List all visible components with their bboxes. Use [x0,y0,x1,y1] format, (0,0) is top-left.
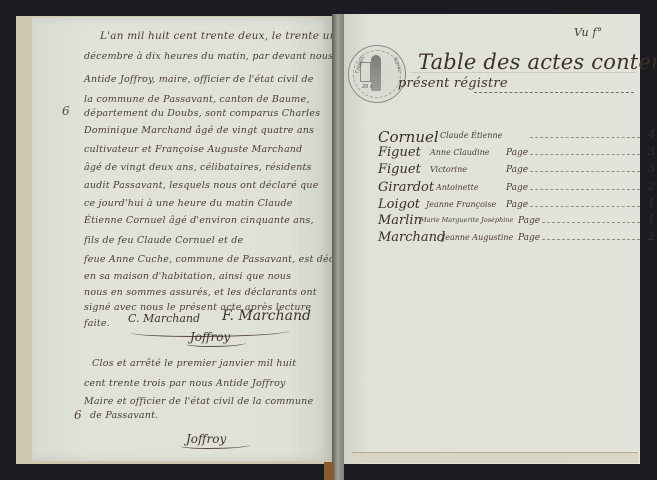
index-entry: Figuet Victorine Page 3 [378,162,638,180]
act-line: la commune de Passavant, canton de Baume… [84,94,310,105]
leader-dots [542,239,640,240]
leader-dots [542,222,640,223]
index-entry: Cornuel Claude Étienne 4 [378,128,638,146]
entry-page-label: Page [518,233,540,243]
entry-page-number: 4 [648,128,655,141]
entry-given-name: Anne Claudine [430,148,490,157]
act-line: audit Passavant, lesquels nous ont décla… [84,180,319,191]
index-entry: Figuet Anne Claudine Page 3 [378,145,638,163]
margin-mark: 6 [74,408,82,422]
act-line: cultivateur et Françoise Auguste Marchan… [84,144,302,155]
closing-line: Clos et arrêté le premier janvier mil hu… [92,358,296,369]
entry-surname: Figuet [378,145,421,160]
table-subtitle: présent régistre [398,76,508,91]
entry-page-number: 1 [648,197,655,210]
stamp-value: 20 c [362,84,373,90]
signature-declarant-1: C. Marchand [128,312,200,325]
index-entry: Marlin Marie Marguerite Joséphine Page 1 [378,213,638,231]
entry-page-number: 2 [648,230,655,243]
entry-given-name: Antoinette [436,183,479,192]
act-line: nous en sommes assurés, et les déclarant… [84,287,317,298]
act-line: Dominique Marchand âgé de vingt quatre a… [84,125,314,136]
act-line: décembre à dix heures du matin, par deva… [84,51,333,62]
margin-mark: 6 [62,104,70,118]
page-edge [352,452,638,463]
entry-page-number: 3 [648,162,655,175]
act-line: Antide Joffroy, maire, officier de l'éta… [84,74,314,85]
leader-dots [530,154,640,155]
act-line: fils de feu Claude Cornuel et de [84,235,243,246]
index-entry: Girardot Antoinette Page 2 [378,180,638,198]
act-line: ce jourd'hui à une heure du matin Claude [84,198,293,209]
entry-surname: Loigot [378,197,420,212]
folio-note: Vu f° [574,26,602,39]
leader-dots [530,189,640,190]
entry-page-label: Page [506,148,528,158]
table-title: Table des actes contenus au [418,50,657,74]
entry-page-label: Page [506,183,528,193]
entry-page-label: Page [518,216,540,226]
act-line: département du Doubs, sont comparus Char… [84,108,320,119]
entry-page-label: Page [506,200,528,210]
book-gutter [332,14,344,480]
entry-surname: Cornuel [378,128,439,146]
closing-line: de Passavant. [90,410,158,421]
entry-surname: Marlin [378,213,422,228]
leader-dots [530,171,640,172]
entry-given-name: Marie Marguerite Joséphine [420,216,513,224]
entry-page-number: 1 [648,213,655,226]
title-rule [410,72,636,73]
entry-surname: Girardot [378,180,434,195]
signature-declarant-2: F. Marchand [222,308,311,324]
index-entry: Marchand Jeanne Augustine Page 2 [378,230,638,248]
act-line: faite. [84,318,110,329]
entry-given-name: Jeanne Françoise [426,200,496,209]
entry-page-number: 3 [648,145,655,158]
entry-given-name: Jeanne Augustine [442,233,513,242]
binding-tie [324,462,334,480]
leader-dots [530,137,640,138]
subtitle-rule [474,92,634,93]
royal-stamp: TIMBRE ROYAL 20 c [348,45,406,103]
closing-line: cent trente trois par nous Antide Joffro… [84,378,286,389]
closing-line: Maire et officier de l'état civil de la … [84,396,313,407]
entry-page-number: 2 [648,180,655,193]
act-line: en sa maison d'habitation, ainsi que nou… [84,271,291,282]
act-line: feue Anne Cuche, commune de Passavant, e… [84,254,352,265]
leader-dots [530,206,640,207]
act-line: âgé de vingt deux ans, célibataires, rés… [84,162,312,173]
entry-surname: Marchand [378,230,445,245]
entry-given-name: Victorine [430,165,467,174]
entry-surname: Figuet [378,162,421,177]
entry-page-label: Page [506,165,528,175]
act-line: L'an mil huit cent trente deux, le trent… [100,30,337,42]
act-line: Étienne Cornuel âgé d'environ cinquante … [84,215,314,226]
entry-given-name: Claude Étienne [440,131,502,140]
